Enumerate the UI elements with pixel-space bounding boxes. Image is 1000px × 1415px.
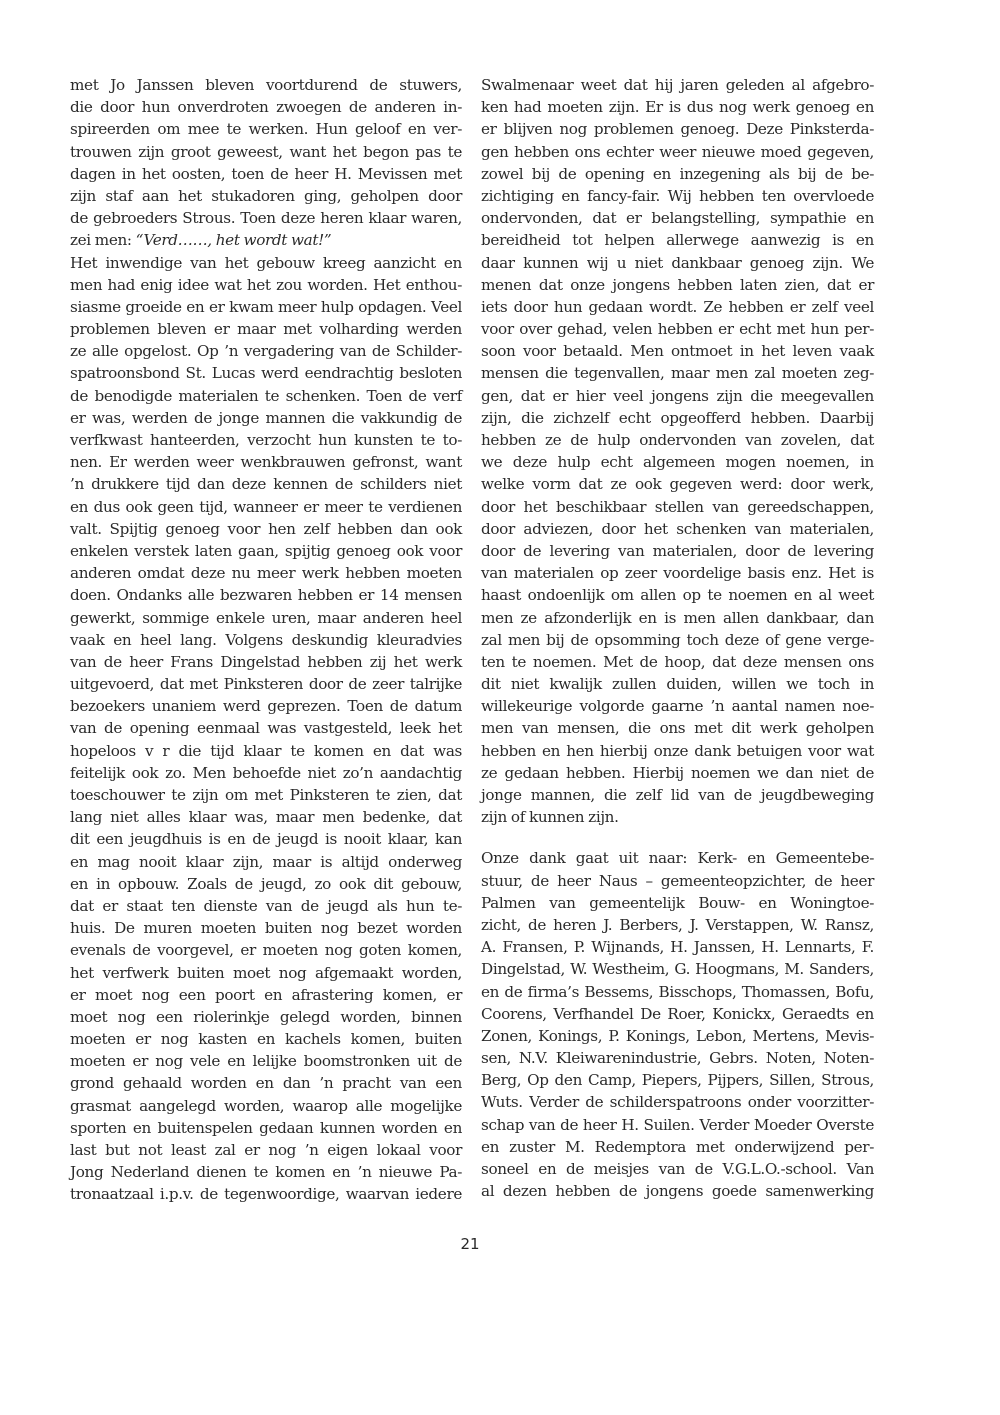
line-text: door de levering van materialen, door de… xyxy=(481,542,874,560)
line-text: trouwen zijn groot geweest, want het beg… xyxy=(70,143,462,161)
line-text: zowel bij de opening en inzegening als b… xyxy=(481,165,874,183)
line-text: ten te noemen. Met de hoop, dat deze men… xyxy=(481,653,874,671)
line-text: mensen die tegenvallen, maar men zal moe… xyxy=(481,364,874,382)
document-page: met Jo Janssen bleven voortdurend de stu… xyxy=(0,0,1000,1415)
line-text: dat er staat ten dienste van de jeugd al… xyxy=(70,897,462,915)
text-line: welke vorm dat ze ook gegeven werd: door… xyxy=(481,473,874,495)
line-text: men van mensen, die ons met dit werk geh… xyxy=(481,719,874,737)
line-text: dagen in het oosten, toen de heer H. Mev… xyxy=(70,165,462,183)
line-text: welke vorm dat ze ook gegeven werd: door… xyxy=(481,475,874,493)
text-line: iets door hun gedaan wordt. Ze hebben er… xyxy=(481,296,874,318)
line-text: Onze dank gaat uit naar: Kerk- en Gemeen… xyxy=(481,849,874,867)
text-line: spireerden om mee te werken. Hun geloof … xyxy=(70,118,462,140)
text-line: moeten er nog vele en lelijke boomstronk… xyxy=(70,1050,462,1072)
text-line: ze gedaan hebben. Hierbij noemen we dan … xyxy=(481,762,874,784)
line-text: Palmen van gemeentelijk Bouw- en Woningt… xyxy=(481,894,874,912)
text-line: nen. Er werden weer wenkbrauwen gefronst… xyxy=(70,451,462,473)
line-text: hopeloos v r die tijd klaar te komen en … xyxy=(70,742,462,760)
text-line: mensen die tegenvallen, maar men zal moe… xyxy=(481,362,874,384)
text-line: men ze afzonderlijk en is men allen dank… xyxy=(481,607,874,629)
line-text: siasme groeide en er kwam meer hulp opda… xyxy=(70,298,462,316)
text-line: door het beschikbaar stellen van gereeds… xyxy=(481,496,874,518)
text-line: bezoekers unaniem werd geprezen. Toen de… xyxy=(70,695,462,717)
line-text: met Jo Janssen bleven voortdurend de stu… xyxy=(70,76,462,94)
text-line: ’n drukkere tijd dan deze kennen de schi… xyxy=(70,473,462,495)
line-text: Coorens, Verfhandel De Roer, Konickx, Ge… xyxy=(481,1005,874,1023)
text-line: evenals de voorgevel, er moeten nog gote… xyxy=(70,939,462,961)
text-line: problemen bleven er maar met volharding … xyxy=(70,318,462,340)
line-text: de benodigde materialen te schenken. Toe… xyxy=(70,387,462,405)
line-text: A. Fransen, P. Wijnands, H. Janssen, H. … xyxy=(481,938,874,956)
line-text: zijn staf aan het stukadoren ging, gehol… xyxy=(70,187,462,205)
text-line: enkelen verstek laten gaan, spijtig geno… xyxy=(70,540,462,562)
left-column: met Jo Janssen bleven voortdurend de stu… xyxy=(70,74,462,1206)
text-line: zicht, de heren J. Berbers, J. Verstappe… xyxy=(481,914,874,936)
line-text: hebben en hen hierbij onze dank betuigen… xyxy=(481,742,874,760)
text-line: verfkwast hanteerden, verzocht hun kunst… xyxy=(70,429,462,451)
line-text: moeten er nog vele en lelijke boomstronk… xyxy=(70,1052,462,1070)
line-text: ondervonden, dat er belangstelling, symp… xyxy=(481,209,874,227)
line-text: er blijven nog problemen genoeg. Deze Pi… xyxy=(481,120,874,138)
page-number: 21 xyxy=(0,1235,940,1253)
text-line: daar kunnen wij u niet dankbaar genoeg z… xyxy=(481,252,874,274)
text-line: last but not least zal er nog ’n eigen l… xyxy=(70,1139,462,1161)
line-text: en mag nooit klaar zijn, maar is altijd … xyxy=(70,853,462,871)
line-text: sen, N.V. Kleiwarenindustrie, Gebrs. Not… xyxy=(481,1049,874,1067)
line-text: gen, dat er hier veel jongens zijn die m… xyxy=(481,387,874,405)
text-line: door adviezen, door het schenken van mat… xyxy=(481,518,874,540)
line-text: moet nog een riolerinkje gelegd worden, … xyxy=(70,1008,462,1026)
text-line: ondervonden, dat er belangstelling, symp… xyxy=(481,207,874,229)
line-text: voor over gehad, velen hebben er echt me… xyxy=(481,320,874,338)
line-text: men ze afzonderlijk en is men allen dank… xyxy=(481,609,874,627)
text-line: haast ondoenlijk om allen op te noemen e… xyxy=(481,584,874,606)
text-line: voor over gehad, velen hebben er echt me… xyxy=(481,318,874,340)
line-text: jonge mannen, die zelf lid van de jeugdb… xyxy=(481,786,874,804)
line-text: ’n drukkere tijd dan deze kennen de schi… xyxy=(70,475,462,493)
line-text: uitgevoerd, dat met Pinksteren door de z… xyxy=(70,675,462,693)
line-text: Het inwendige van het gebouw kreeg aanzi… xyxy=(70,254,462,272)
text-line: er was, werden de jonge mannen die vakku… xyxy=(70,407,462,429)
text-line: Wuts. Verder de schilderspatroons onder … xyxy=(481,1091,874,1113)
text-line: hebben ze de hulp ondervonden van zovele… xyxy=(481,429,874,451)
line-text: die door hun onverdroten zwoegen de ande… xyxy=(70,98,462,116)
line-text: gewerkt, sommige enkele uren, maar ander… xyxy=(70,609,462,627)
line-text: van de opening eenmaal was vastgesteld, … xyxy=(70,719,462,737)
text-line: zijn staf aan het stukadoren ging, gehol… xyxy=(70,185,462,207)
text-line: men had enig idee wat het zou worden. He… xyxy=(70,274,462,296)
text-line: al dezen hebben de jongens goede samenwe… xyxy=(481,1180,874,1202)
line-text: ze alle opgelost. Op ’n vergadering van … xyxy=(70,342,462,360)
text-line: Jong Nederland dienen te komen en ’n nie… xyxy=(70,1161,462,1183)
line-text: lang niet alles klaar was, maar men bede… xyxy=(70,808,462,826)
line-text: soneel en de meisjes van de V.G.L.O.-sch… xyxy=(481,1160,874,1178)
text-line: Het inwendige van het gebouw kreeg aanzi… xyxy=(70,252,462,274)
text-line: toeschouwer te zijn om met Pinksteren te… xyxy=(70,784,462,806)
text-line: anderen omdat deze nu meer werk hebben m… xyxy=(70,562,462,584)
line-text: door adviezen, door het schenken van mat… xyxy=(481,520,874,538)
line-text: door het beschikbaar stellen van gereeds… xyxy=(481,498,874,516)
text-line: men van mensen, die ons met dit werk geh… xyxy=(481,717,874,739)
line-text: ze gedaan hebben. Hierbij noemen we dan … xyxy=(481,764,874,782)
line-text: Berg, Op den Camp, Piepers, Pijpers, Sil… xyxy=(481,1071,874,1089)
text-line: en dus ook geen tijd, wanneer er meer te… xyxy=(70,496,462,518)
text-line: vaak en heel lang. Volgens deskundig kle… xyxy=(70,629,462,651)
text-line: Zonen, Konings, P. Konings, Lebon, Merte… xyxy=(481,1025,874,1047)
line-text: grond gehaald worden en dan ’n pracht va… xyxy=(70,1074,462,1092)
line-text: spatroonsbond St. Lucas werd eendrachtig… xyxy=(70,364,462,382)
text-line: van materialen op zeer voordelige basis … xyxy=(481,562,874,584)
text-line: soneel en de meisjes van de V.G.L.O.-sch… xyxy=(481,1158,874,1180)
line-text: valt. Spijtig genoeg voor hen zelf hebbe… xyxy=(70,520,462,538)
text-line: lang niet alles klaar was, maar men bede… xyxy=(70,806,462,828)
text-line: zowel bij de opening en inzegening als b… xyxy=(481,163,874,185)
text-line: de benodigde materialen te schenken. Toe… xyxy=(70,385,462,407)
text-line: zichtiging en fancy-fair. Wij hebben ten… xyxy=(481,185,874,207)
line-text: huis. De muren moeten buiten nog bezet w… xyxy=(70,919,462,937)
line-text: Dingelstad, W. Westheim, G. Hoogmans, M.… xyxy=(481,960,874,978)
text-line: dit niet kwalijk zullen duiden, willen w… xyxy=(481,673,874,695)
text-line: grasmat aangelegd worden, waarop alle mo… xyxy=(70,1095,462,1117)
line-text: zicht, de heren J. Berbers, J. Verstappe… xyxy=(481,916,874,934)
text-line: siasme groeide en er kwam meer hulp opda… xyxy=(70,296,462,318)
text-line: huis. De muren moeten buiten nog bezet w… xyxy=(70,917,462,939)
line-text: last but not least zal er nog ’n eigen l… xyxy=(70,1141,462,1159)
text-line: dat er staat ten dienste van de jeugd al… xyxy=(70,895,462,917)
text-line: Berg, Op den Camp, Piepers, Pijpers, Sil… xyxy=(481,1069,874,1091)
text-line: het verfwerk buiten moet nog afgemaakt w… xyxy=(70,962,462,984)
text-line: er blijven nog problemen genoeg. Deze Pi… xyxy=(481,118,874,140)
text-line: met Jo Janssen bleven voortdurend de stu… xyxy=(70,74,462,96)
text-line: zei men: “Verd……, het wordt wat!” xyxy=(70,229,462,251)
line-text: van materialen op zeer voordelige basis … xyxy=(481,564,874,582)
text-line: zijn, die zichzelf echt opgeofferd hebbe… xyxy=(481,407,874,429)
line-text: ken had moeten zijn. Er is dus nog werk … xyxy=(481,98,874,116)
line-text: iets door hun gedaan wordt. Ze hebben er… xyxy=(481,298,874,316)
line-text: Swalmenaar weet dat hij jaren geleden al… xyxy=(481,76,874,94)
text-line: bereidheid tot helpen allerwege aanwezig… xyxy=(481,229,874,251)
line-text: al dezen hebben de jongens goede samenwe… xyxy=(481,1182,874,1200)
line-text: bereidheid tot helpen allerwege aanwezig… xyxy=(481,231,874,249)
line-text: menen dat onze jongens hebben laten zien… xyxy=(481,276,874,294)
text-line: moet nog een riolerinkje gelegd worden, … xyxy=(70,1006,462,1028)
text-line: feitelijk ook zo. Men behoefde niet zo’n… xyxy=(70,762,462,784)
text-line: menen dat onze jongens hebben laten zien… xyxy=(481,274,874,296)
paragraph-spacer xyxy=(481,828,874,847)
text-line: Swalmenaar weet dat hij jaren geleden al… xyxy=(481,74,874,96)
text-line: zal men bij de opsomming toch deze of ge… xyxy=(481,629,874,651)
line-text: gen hebben ons echter weer nieuwe moed g… xyxy=(481,143,874,161)
text-line: spatroonsbond St. Lucas werd eendrachtig… xyxy=(70,362,462,384)
line-text: dit niet kwalijk zullen duiden, willen w… xyxy=(481,675,874,693)
line-text: Jong Nederland dienen te komen en ’n nie… xyxy=(70,1163,462,1181)
text-line: er moet nog een poort en afrastering kom… xyxy=(70,984,462,1006)
line-text: zijn, die zichzelf echt opgeofferd hebbe… xyxy=(481,409,874,427)
line-text: moeten er nog kasten en kachels komen, b… xyxy=(70,1030,462,1048)
text-line: willekeurige volgorde gaarne ’n aantal n… xyxy=(481,695,874,717)
text-line: grond gehaald worden en dan ’n pracht va… xyxy=(70,1072,462,1094)
line-text: enkelen verstek laten gaan, spijtig geno… xyxy=(70,542,462,560)
line-text: stuur, de heer Naus – gemeenteopzichter,… xyxy=(481,872,874,890)
text-line: die door hun onverdroten zwoegen de ande… xyxy=(70,96,462,118)
text-line: van de heer Frans Dingelstad hebben zij … xyxy=(70,651,462,673)
line-text: toeschouwer te zijn om met Pinksteren te… xyxy=(70,786,462,804)
line-text: van de heer Frans Dingelstad hebben zij … xyxy=(70,653,462,671)
text-line: moeten er nog kasten en kachels komen, b… xyxy=(70,1028,462,1050)
text-line: jonge mannen, die zelf lid van de jeugdb… xyxy=(481,784,874,806)
text-line: ze alle opgelost. Op ’n vergadering van … xyxy=(70,340,462,362)
line-text: zijn of kunnen zijn. xyxy=(481,808,619,826)
text-line: Dingelstad, W. Westheim, G. Hoogmans, M.… xyxy=(481,958,874,980)
text-line: gen hebben ons echter weer nieuwe moed g… xyxy=(481,141,874,163)
line-text: vaak en heel lang. Volgens deskundig kle… xyxy=(70,631,462,649)
line-text: soon voor betaald. Men ontmoet in het le… xyxy=(481,342,874,360)
text-line: stuur, de heer Naus – gemeenteopzichter,… xyxy=(481,870,874,892)
right-column: Swalmenaar weet dat hij jaren geleden al… xyxy=(481,74,874,1202)
text-line: tronaatzaal i.p.v. de tegenwoordige, waa… xyxy=(70,1183,462,1205)
text-line: Coorens, Verfhandel De Roer, Konickx, Ge… xyxy=(481,1003,874,1025)
line-text: de gebroeders Strous. Toen deze heren kl… xyxy=(70,209,462,227)
text-line: dagen in het oosten, toen de heer H. Mev… xyxy=(70,163,462,185)
line-text: bezoekers unaniem werd geprezen. Toen de… xyxy=(70,697,462,715)
text-line: ken had moeten zijn. Er is dus nog werk … xyxy=(481,96,874,118)
text-line: gewerkt, sommige enkele uren, maar ander… xyxy=(70,607,462,629)
line-text: problemen bleven er maar met volharding … xyxy=(70,320,462,338)
text-line: A. Fransen, P. Wijnands, H. Janssen, H. … xyxy=(481,936,874,958)
line-text: evenals de voorgevel, er moeten nog gote… xyxy=(70,941,462,959)
line-text: zichtiging en fancy-fair. Wij hebben ten… xyxy=(481,187,874,205)
text-line: doen. Ondanks alle bezwaren hebben er 14… xyxy=(70,584,462,606)
line-text: en dus ook geen tijd, wanneer er meer te… xyxy=(70,498,462,516)
line-text: het verfwerk buiten moet nog afgemaakt w… xyxy=(70,964,462,982)
line-text: doen. Ondanks alle bezwaren hebben er 14… xyxy=(70,586,462,604)
line-text: en de firma’s Bessems, Bisschops, Thomas… xyxy=(481,983,874,1001)
text-line: en mag nooit klaar zijn, maar is altijd … xyxy=(70,851,462,873)
line-text: spireerden om mee te werken. Hun geloof … xyxy=(70,120,462,138)
text-line: soon voor betaald. Men ontmoet in het le… xyxy=(481,340,874,362)
text-line: ten te noemen. Met de hoop, dat deze men… xyxy=(481,651,874,673)
line-text: verfkwast hanteerden, verzocht hun kunst… xyxy=(70,431,462,449)
text-line: uitgevoerd, dat met Pinksteren door de z… xyxy=(70,673,462,695)
line-text: men had enig idee wat het zou worden. He… xyxy=(70,276,462,294)
text-line: sen, N.V. Kleiwarenindustrie, Gebrs. Not… xyxy=(481,1047,874,1069)
text-line: hebben en hen hierbij onze dank betuigen… xyxy=(481,740,874,762)
line-text: Zonen, Konings, P. Konings, Lebon, Merte… xyxy=(481,1027,874,1045)
line-text: en zuster M. Redemptora met onderwijzend… xyxy=(481,1138,874,1156)
text-line: van de opening eenmaal was vastgesteld, … xyxy=(70,717,462,739)
text-line: we deze hulp echt algemeen mogen noemen,… xyxy=(481,451,874,473)
text-line: trouwen zijn groot geweest, want het beg… xyxy=(70,141,462,163)
line-text: tronaatzaal i.p.v. de tegenwoordige, waa… xyxy=(70,1185,462,1203)
text-line: en de firma’s Bessems, Bisschops, Thomas… xyxy=(481,981,874,1003)
text-line: door de levering van materialen, door de… xyxy=(481,540,874,562)
line-text: er was, werden de jonge mannen die vakku… xyxy=(70,409,462,427)
line-text: dit een jeugdhuis is en de jeugd is nooi… xyxy=(70,830,462,848)
line-text: grasmat aangelegd worden, waarop alle mo… xyxy=(70,1097,462,1115)
line-text: we deze hulp echt algemeen mogen noemen,… xyxy=(481,453,874,471)
line-text: schap van de heer H. Suilen. Verder Moed… xyxy=(481,1116,874,1134)
text-line: Onze dank gaat uit naar: Kerk- en Gemeen… xyxy=(481,847,874,869)
text-line: schap van de heer H. Suilen. Verder Moed… xyxy=(481,1114,874,1136)
line-text: willekeurige volgorde gaarne ’n aantal n… xyxy=(481,697,874,715)
text-line: valt. Spijtig genoeg voor hen zelf hebbe… xyxy=(70,518,462,540)
italic-quote: “Verd……, het wordt wat!” xyxy=(136,231,332,249)
text-line: en zuster M. Redemptora met onderwijzend… xyxy=(481,1136,874,1158)
line-text: sporten en buitenspelen gedaan kunnen wo… xyxy=(70,1119,462,1137)
line-text: zal men bij de opsomming toch deze of ge… xyxy=(481,631,874,649)
line-text: daar kunnen wij u niet dankbaar genoeg z… xyxy=(481,254,874,272)
line-text: zei men: xyxy=(70,231,136,249)
text-line: hopeloos v r die tijd klaar te komen en … xyxy=(70,740,462,762)
text-line: de gebroeders Strous. Toen deze heren kl… xyxy=(70,207,462,229)
text-line: en in opbouw. Zoals de jeugd, zo ook dit… xyxy=(70,873,462,895)
line-text: haast ondoenlijk om allen op te noemen e… xyxy=(481,586,874,604)
line-text: nen. Er werden weer wenkbrauwen gefronst… xyxy=(70,453,462,471)
line-text: anderen omdat deze nu meer werk hebben m… xyxy=(70,564,462,582)
text-line: Palmen van gemeentelijk Bouw- en Woningt… xyxy=(481,892,874,914)
line-text: en in opbouw. Zoals de jeugd, zo ook dit… xyxy=(70,875,462,893)
line-text: feitelijk ook zo. Men behoefde niet zo’n… xyxy=(70,764,462,782)
line-text: er moet nog een poort en afrastering kom… xyxy=(70,986,462,1004)
text-line: zijn of kunnen zijn. xyxy=(481,806,874,828)
text-line: dit een jeugdhuis is en de jeugd is nooi… xyxy=(70,828,462,850)
line-text: hebben ze de hulp ondervonden van zovele… xyxy=(481,431,874,449)
line-text: Wuts. Verder de schilderspatroons onder … xyxy=(481,1093,874,1111)
text-line: sporten en buitenspelen gedaan kunnen wo… xyxy=(70,1117,462,1139)
text-line: gen, dat er hier veel jongens zijn die m… xyxy=(481,385,874,407)
